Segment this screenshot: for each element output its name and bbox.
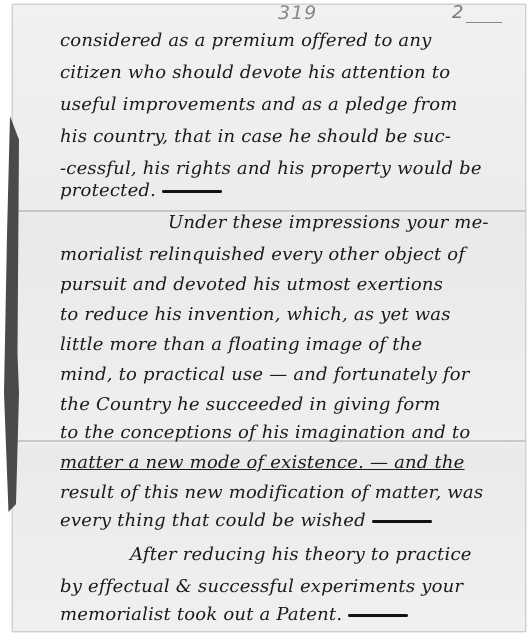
text-line: citizen who should devote his attention … [60, 62, 450, 83]
text-line: pursuit and devoted his utmost exertions [60, 274, 443, 295]
text-line-content: memorialist took out a Patent. [60, 604, 342, 625]
line-filler-dash [372, 520, 432, 523]
binding-ribbon [4, 116, 19, 512]
text-line: little more than a floating image of the [60, 334, 422, 355]
text-line: matter a new mode of existence. — and th… [60, 452, 465, 473]
text-line: protected. [60, 180, 222, 201]
text-line: every thing that could be wished [60, 510, 432, 531]
text-line: -cessful, his rights and his property wo… [60, 158, 482, 179]
text-line: to the conceptions of his imagination an… [60, 422, 470, 443]
text-line: by effectual & successful experiments yo… [60, 576, 463, 597]
text-line: to reduce his invention, which, as yet w… [60, 304, 451, 325]
line-filler-dash [348, 614, 408, 617]
text-line-content: every thing that could be wished [60, 510, 366, 531]
text-line: After reducing his theory to practice [130, 544, 472, 565]
text-line: Under these impressions your me- [168, 212, 489, 233]
text-line: his country, that in case he should be s… [60, 126, 451, 147]
text-line: useful improvements and as a pledge from [60, 94, 458, 115]
text-line: the Country he succeeded in giving form [60, 394, 441, 415]
text-line: morialist relinquished every other objec… [60, 244, 465, 265]
text-line: considered as a premium offered to any [60, 30, 432, 51]
text-line-content: protected. [60, 180, 156, 201]
text-line: mind, to practical use — and fortunately… [60, 364, 470, 385]
page-number: 319 [278, 2, 317, 24]
sheet-number: 2 [452, 2, 463, 23]
text-line: memorialist took out a Patent. [60, 604, 408, 625]
text-line: result of this new modification of matte… [60, 482, 483, 503]
line-filler-dash [162, 190, 222, 193]
